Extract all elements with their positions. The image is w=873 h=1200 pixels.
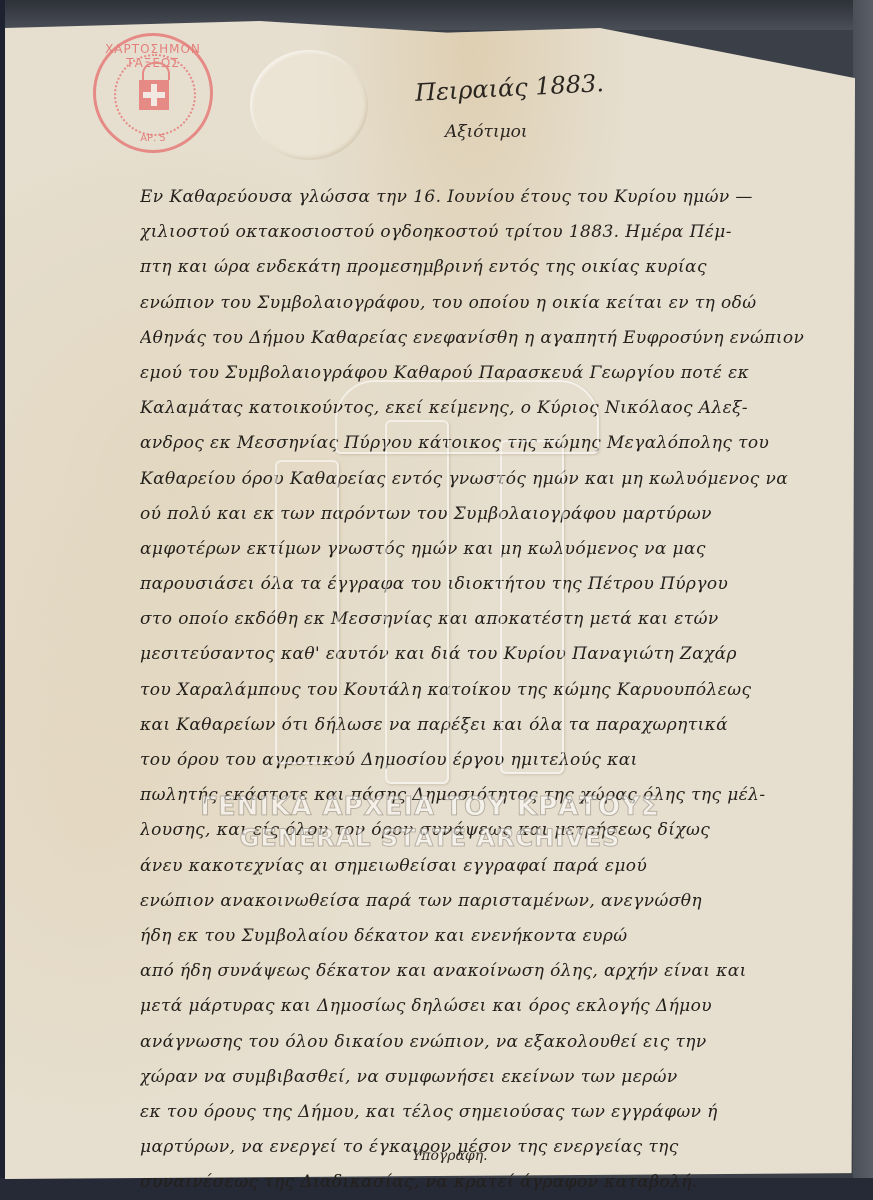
text-line: του όρου του αγροτικού Δημοσίου έργου ημ… (140, 743, 840, 778)
cross-shield-icon (139, 80, 169, 110)
text-line: εκ του όρους της Δήμου, και τέλος σημειο… (140, 1095, 840, 1130)
text-line: στο οποίο εκδόθη εκ Μεσσηνίας και αποκατ… (140, 602, 840, 637)
revenue-stamp: ΧΑΡΤΟΣΗΜΟΝ ΤΑΞΕΩΣ ΑΡ. 5 (93, 33, 213, 153)
text-line: ανδρος εκ Μεσσηνίας Πύργου κάτοικος της … (140, 426, 840, 461)
text-line: μαρτύρων, να ενεργεί το έγκαιρον μέσον τ… (140, 1130, 840, 1165)
text-line: άνευ κακοτεχνίας αι σημειωθείσαι εγγραφα… (140, 849, 840, 884)
letter-body: Εν Καθαρεύουσα γλώσσα την 16. Ιουνίου έτ… (140, 180, 840, 1200)
embossed-seal (250, 50, 368, 160)
crown-icon (142, 62, 170, 80)
text-line: ού πολύ και εκ των παρόντων του Συμβολαι… (140, 497, 840, 532)
text-line: Εν Καθαρεύουσα γλώσσα την 16. Ιουνίου έτ… (140, 180, 840, 215)
text-line: και Καθαρείων ότι δήλωσε να παρέξει και … (140, 708, 840, 743)
signoff: Υπογραφή. (412, 1148, 488, 1164)
text-line: από ήδη συνάψεως δέκατον και ανακοίνωση … (140, 954, 840, 989)
text-line: χιλιοστού οκτακοσιοστού ογδοηκοστού τρίτ… (140, 215, 840, 250)
watermark-text-english: GENERAL STATE ARCHIVES (200, 824, 660, 852)
text-line: πτη και ώρα ενδεκάτη προμεσημβρινή εντός… (140, 250, 840, 285)
text-line: μεσιτεύσαντος καθ' εαυτόν και διά του Κυ… (140, 637, 840, 672)
text-line: αμφοτέρων εκτίμων γνωστός ημών και μη κω… (140, 532, 840, 567)
text-line: χώραν να συμβιβασθεί, να συμφωνήσει εκεί… (140, 1060, 840, 1095)
text-line: ήδη εκ του Συμβολαίου δέκατον και ενενήκ… (140, 919, 840, 954)
text-line: ενώπιον του Συμβολαιογράφου, του οποίου … (140, 286, 840, 321)
text-line: παρουσιάσει όλα τα έγγραφα του ιδιοκτήτο… (140, 567, 840, 602)
text-line: μετά μάρτυρας και Δημοσίως δηλώσει και ό… (140, 989, 840, 1024)
text-line: Καλαμάτας κατοικούντος, εκεί κείμενης, ο… (140, 391, 840, 426)
salutation: Αξιότιμοι (445, 122, 528, 142)
text-line: Αθηνάς του Δήμου Καθαρείας ενεφανίσθη η … (140, 321, 840, 356)
text-line: ανάγνωσης του όλου δικαίου ενώπιον, να ε… (140, 1025, 840, 1060)
scanner-background-right (853, 0, 873, 1200)
text-line: του Χαραλάμπους του Κουτάλη κατοίκου της… (140, 673, 840, 708)
text-line: ενώπιον ανακοινωθείσα παρά των παρισταμέ… (140, 884, 840, 919)
text-line: συναινέσεως της Διαδικασίας, να κρατεί ά… (140, 1165, 840, 1200)
text-line: Καθαρείου όρου Καθαρείας εντός γνωστός η… (140, 462, 840, 497)
watermark-text-greek: ΓΕΝΙΚΑ ΑΡΧΕΙΑ ΤΟΥ ΚΡΑΤΟΥΣ (200, 792, 660, 822)
scanner-background-left (0, 0, 5, 1200)
stamp-number: ΑΡ. 5 (96, 133, 210, 144)
text-line: εμού του Συμβολαιογράφου Καθαρού Παρασκε… (140, 356, 840, 391)
